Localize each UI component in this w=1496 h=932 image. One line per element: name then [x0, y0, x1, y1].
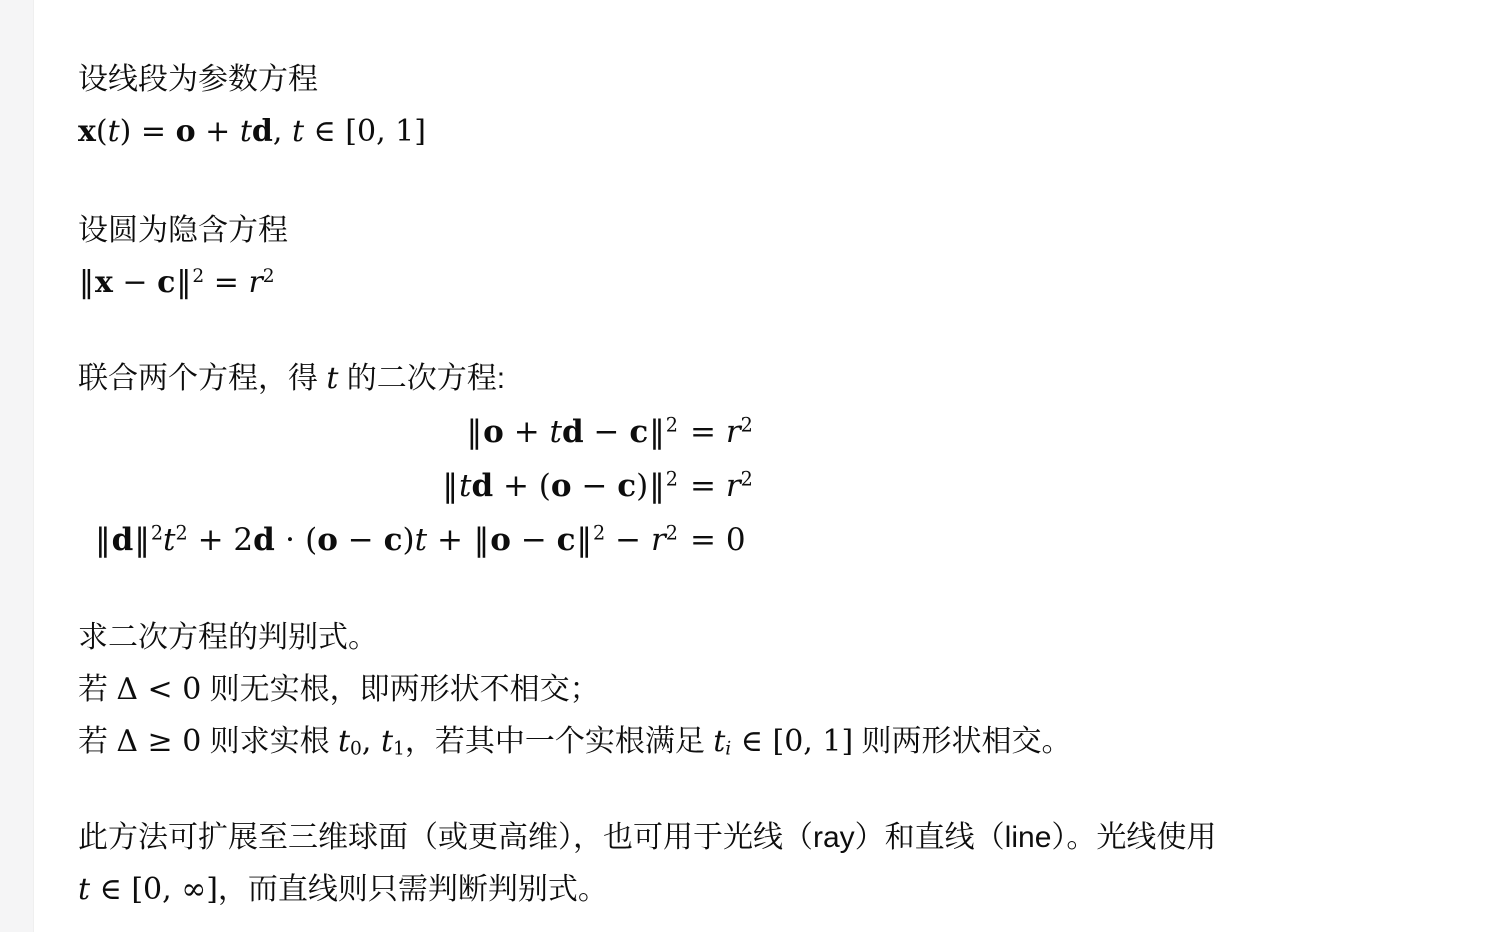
math-token: 2 — [151, 521, 163, 544]
math-token: ‖ — [441, 468, 459, 504]
math-token: ‖ — [175, 265, 192, 300]
paragraph-extension: 此方法可扩展至三维球面（或更高维），也可用于光线（ray）和直线（line）。光… — [78, 812, 1438, 916]
text-run: 此方法可扩展至三维球面（或更高维），也可用于光线（ray）和直线（line）。光… — [78, 821, 1216, 854]
math-token: + 2 — [188, 522, 253, 558]
math-token: t — [292, 114, 304, 149]
math-token: ) = — [120, 114, 176, 149]
math-token: o — [176, 114, 196, 149]
math-token: d — [112, 522, 134, 558]
inline-math-circle-equation: ‖x − c‖2 = r2 — [78, 257, 1438, 309]
math-token: t — [108, 114, 120, 149]
equation-lhs: ‖td + (o − c)‖2 — [78, 459, 678, 513]
math-token: t — [338, 724, 350, 759]
math-token: 2 — [666, 413, 678, 436]
math-token: ⋅ ( — [275, 522, 317, 558]
math-token: ‖ — [94, 522, 112, 558]
math-token: ‖ — [473, 522, 491, 558]
math-token: ‖ — [78, 265, 95, 300]
math-token: ‖ — [466, 414, 484, 450]
text-line-delta-nonnegative: 若 Δ ≥ 0 则求实根 t0, t1，若其中一个实根满足 ti ∈ [0, 1… — [78, 716, 1438, 768]
math-token: c — [384, 522, 403, 558]
text-line: 联合两个方程，得 t 的二次方程: — [78, 353, 1438, 405]
math-token: − — [338, 522, 384, 558]
math-token: + — [196, 114, 240, 149]
math-token: , — [362, 724, 381, 759]
paragraph-combine-equations: 联合两个方程，得 t 的二次方程: ‖o + td − c‖2 = r2 ‖td… — [78, 353, 1438, 567]
text-line-delta-negative: 若 Δ < 0 则无实根，即两形状不相交； — [78, 664, 1438, 716]
math-token: ( — [96, 114, 108, 149]
math-token: x — [95, 265, 113, 300]
math-token: Δ ≥ 0 — [116, 724, 201, 759]
math-token: 2 — [666, 521, 678, 544]
text-run: 若 — [78, 725, 116, 758]
math-token: 2 — [192, 266, 204, 287]
math-token: = — [690, 414, 726, 450]
display-equation-row-2: ‖td + (o − c)‖2 = r2 — [78, 459, 1438, 513]
text-run: 联合两个方程，得 — [78, 362, 326, 395]
math-token: + — [427, 522, 473, 558]
math-token: 2 — [263, 266, 275, 287]
math-token: c — [617, 468, 636, 504]
text-line: 求二次方程的判别式。 — [78, 612, 1438, 664]
math-token: − — [584, 414, 630, 450]
math-token: 2 — [741, 413, 753, 436]
math-token: − — [511, 522, 557, 558]
equation-rhs: = 0 — [690, 513, 1438, 567]
math-token: 2 — [741, 467, 753, 490]
math-token: 0 — [350, 739, 362, 760]
math-token: 2 — [666, 467, 678, 490]
math-token: 2 — [593, 521, 605, 544]
math-token: d — [471, 468, 493, 504]
text-line-ray-domain: t ∈ [0, ∞]，而直线则只需判断判别式。 — [78, 864, 1438, 916]
paragraph-discriminant: 求二次方程的判别式。 若 Δ < 0 则无实根，即两形状不相交； 若 Δ ≥ 0… — [78, 612, 1438, 768]
math-token: t — [459, 468, 471, 504]
paragraph-circle-implicit: 设圆为隐含方程 ‖x − c‖2 = r2 — [78, 205, 1438, 309]
math-token: d — [253, 522, 275, 558]
math-token: c — [629, 414, 648, 450]
math-token: o — [490, 522, 511, 558]
math-token: r — [726, 468, 741, 504]
math-token: t — [713, 724, 725, 759]
text-run: 设圆为隐含方程 — [78, 214, 288, 247]
math-token: o — [551, 468, 572, 504]
chat-message: 设线段为参数方程 x(t) = o + td, t ∈ [0, 1] 设圆为隐含… — [78, 54, 1438, 916]
text-run: 的二次方程: — [338, 362, 505, 395]
math-token: t — [550, 414, 562, 450]
math-token: r — [248, 265, 262, 300]
text-run: 设线段为参数方程 — [78, 63, 318, 96]
math-token: d — [562, 414, 584, 450]
text-run: 求二次方程的判别式。 — [78, 621, 378, 654]
math-token: ∈ [0, 1] — [304, 114, 426, 149]
text-run: 则求实根 — [201, 725, 338, 758]
math-token: d — [252, 114, 273, 149]
text-run: 则两形状相交。 — [853, 725, 1071, 758]
text-run: 则无实根，即两形状不相交； — [201, 673, 599, 706]
math-token: − — [572, 468, 618, 504]
math-token: − — [113, 265, 157, 300]
math-token: t — [381, 724, 393, 759]
math-token: t — [78, 872, 90, 907]
math-token: = — [204, 265, 248, 300]
math-token: c — [557, 522, 576, 558]
text-line: 设圆为隐含方程 — [78, 205, 1438, 257]
display-equation-block: ‖o + td − c‖2 = r2 ‖td + (o − c)‖2 = r2 … — [78, 405, 1438, 567]
text-line: 此方法可扩展至三维球面（或更高维），也可用于光线（ray）和直线（line）。光… — [78, 812, 1438, 864]
inline-math-segment-equation: x(t) = o + td, t ∈ [0, 1] — [78, 106, 1438, 158]
math-token: 2 — [176, 521, 188, 544]
text-run: ，而直线则只需判断判别式。 — [218, 873, 608, 906]
equation-rhs: = r2 — [690, 405, 1438, 459]
math-token: t — [240, 114, 252, 149]
display-equation-row-1: ‖o + td − c‖2 = r2 — [78, 405, 1438, 459]
equation-lhs: ‖o + td − c‖2 — [78, 405, 678, 459]
math-token: ‖ — [648, 414, 666, 450]
text-line: 设线段为参数方程 — [78, 54, 1438, 106]
math-token: 1 — [393, 739, 405, 760]
math-token: ∈ [0, ∞] — [90, 872, 218, 907]
math-token: o — [317, 522, 338, 558]
math-token: ‖ — [648, 468, 666, 504]
equation-lhs: ‖d‖2t2 + 2d ⋅ (o − c)t + ‖o − c‖2 − r2 — [78, 513, 678, 567]
math-token: = — [690, 468, 726, 504]
math-token: , — [273, 114, 292, 149]
math-token: ∈ [0, 1] — [731, 724, 853, 759]
paragraph-segment-parametric: 设线段为参数方程 x(t) = o + td, t ∈ [0, 1] — [78, 54, 1438, 158]
math-token: r — [726, 414, 741, 450]
math-token: r — [651, 522, 666, 558]
math-token: ) — [403, 522, 415, 558]
math-token: ‖ — [576, 522, 594, 558]
page-gutter — [0, 0, 34, 932]
math-token: ‖ — [133, 522, 151, 558]
math-token: = 0 — [690, 522, 746, 558]
math-token: x — [78, 114, 96, 149]
display-equation-row-3: ‖d‖2t2 + 2d ⋅ (o − c)t + ‖o − c‖2 − r2 =… — [78, 513, 1438, 567]
math-token: t — [326, 361, 338, 396]
math-token: o — [483, 414, 504, 450]
math-token: Δ < 0 — [116, 672, 201, 707]
math-token: t — [415, 522, 427, 558]
math-token: + — [504, 414, 550, 450]
math-token: − — [605, 522, 651, 558]
text-run: 若 — [78, 673, 116, 706]
text-run: ，若其中一个实根满足 — [405, 725, 713, 758]
math-token: c — [157, 265, 175, 300]
math-token: t — [163, 522, 175, 558]
equation-rhs: = r2 — [690, 459, 1438, 513]
math-token: ) — [636, 468, 648, 504]
math-token: + ( — [493, 468, 551, 504]
